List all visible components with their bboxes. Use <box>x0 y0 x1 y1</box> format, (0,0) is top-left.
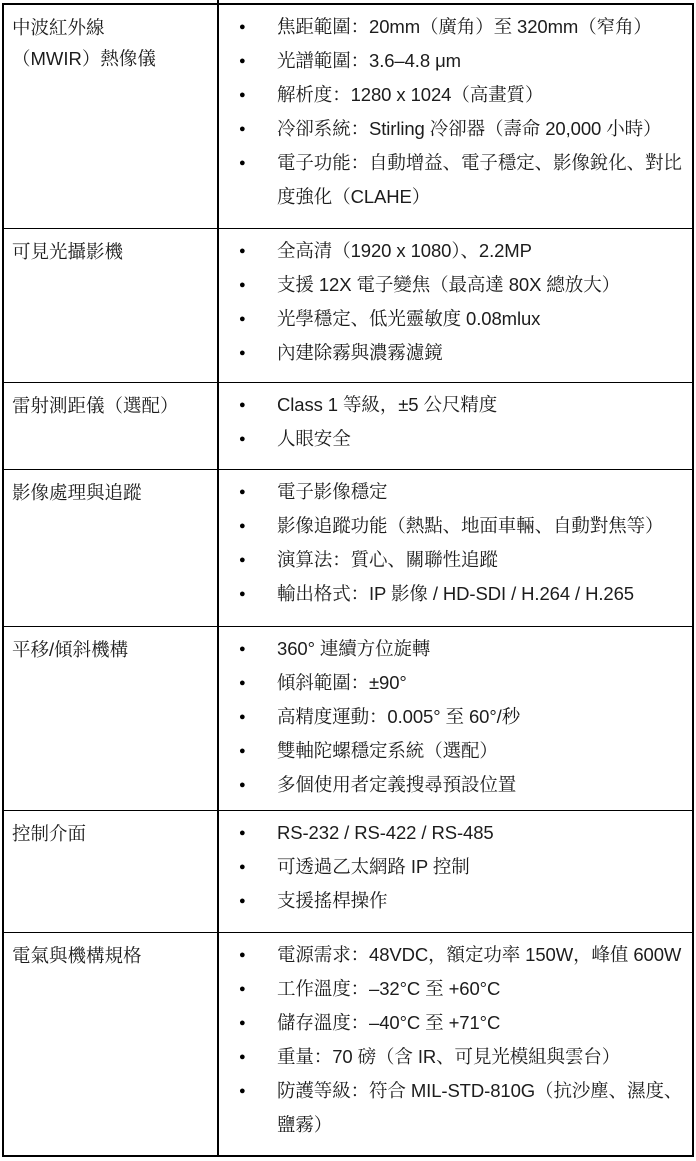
bullet-icon: ● <box>239 938 277 972</box>
spec-item-text: 支援搖桿操作 <box>277 884 688 918</box>
spec-category: 控制介面 <box>4 811 219 932</box>
bullet-icon: ● <box>239 632 277 666</box>
spec-item-text: 傾斜範圍：±90° <box>277 666 688 700</box>
spec-item-text: 電源需求：48VDC，額定功率 150W，峰值 600W <box>277 938 688 972</box>
spec-category: 平移/傾斜機構 <box>4 627 219 810</box>
spec-item: ●RS-232 / RS-422 / RS-485 <box>239 816 688 850</box>
spec-row: 控制介面●RS-232 / RS-422 / RS-485●可透過乙太網路 IP… <box>4 811 692 933</box>
spec-item: ●影像追蹤功能（熱點、地面車輛、自動對焦等） <box>239 509 688 543</box>
bullet-icon: ● <box>239 1040 277 1074</box>
spec-items: ●電源需求：48VDC，額定功率 150W，峰值 600W●工作溫度：–32°C… <box>219 933 692 1155</box>
spec-item: ●工作溫度：–32°C 至 +60°C <box>239 972 688 1006</box>
spec-item-text: RS-232 / RS-422 / RS-485 <box>277 816 688 850</box>
spec-item: ●雙軸陀螺穩定系統（選配） <box>239 734 688 768</box>
spec-item-text: 輸出格式：IP 影像 / HD-SDI / H.264 / H.265 <box>277 577 688 611</box>
bullet-icon: ● <box>239 146 277 180</box>
bullet-icon: ● <box>239 336 277 370</box>
spec-item-text: 光學穩定、低光靈敏度 0.08mlux <box>277 302 688 336</box>
spec-item-text: 演算法：質心、關聯性追蹤 <box>277 543 688 577</box>
bullet-icon: ● <box>239 1006 277 1040</box>
spec-items: ●Class 1 等級，±5 公尺精度●人眼安全 <box>219 383 692 469</box>
spec-items: ●焦距範圍：20mm（廣角）至 320mm（窄角）●光譜範圍：3.6–4.8 μ… <box>219 5 692 228</box>
bullet-icon: ● <box>239 388 277 422</box>
spec-item-text: 光譜範圍：3.6–4.8 μm <box>277 44 688 78</box>
spec-item: ●光學穩定、低光靈敏度 0.08mlux <box>239 302 688 336</box>
spec-item: ●冷卻系統：Stirling 冷卻器（壽命 20,000 小時） <box>239 112 688 146</box>
spec-row: 中波紅外線 （MWIR）熱像儀●焦距範圍：20mm（廣角）至 320mm（窄角）… <box>4 5 692 229</box>
bullet-icon: ● <box>239 10 277 44</box>
spec-items: ●全高清（1920 x 1080）、2.2MP●支援 12X 電子變焦（最高達 … <box>219 229 692 382</box>
spec-item-text: 全高清（1920 x 1080）、2.2MP <box>277 234 688 268</box>
spec-category: 可見光攝影機 <box>4 229 219 382</box>
spec-item: ●360° 連續方位旋轉 <box>239 632 688 666</box>
spec-item-text: Class 1 等級，±5 公尺精度 <box>277 388 688 422</box>
spec-item-text: 支援 12X 電子變焦（最高達 80X 總放大） <box>277 268 688 302</box>
spec-item-text: 人眼安全 <box>277 422 688 456</box>
spec-item-text: 影像追蹤功能（熱點、地面車輛、自動對焦等） <box>277 509 688 543</box>
spec-item-text: 電子功能：自動增益、電子穩定、影像銳化、對比 度強化（CLAHE） <box>277 146 688 214</box>
spec-item: ●內建除霧與濃霧濾鏡 <box>239 336 688 370</box>
bullet-icon: ● <box>239 234 277 268</box>
specification-table: 中波紅外線 （MWIR）熱像儀●焦距範圍：20mm（廣角）至 320mm（窄角）… <box>2 3 694 1157</box>
spec-row: 可見光攝影機●全高清（1920 x 1080）、2.2MP●支援 12X 電子變… <box>4 229 692 383</box>
spec-item-text: 多個使用者定義搜尋預設位置 <box>277 768 688 802</box>
spec-item: ●高精度運動：0.005° 至 60°/秒 <box>239 700 688 734</box>
spec-item: ●多個使用者定義搜尋預設位置 <box>239 768 688 802</box>
bullet-icon: ● <box>239 884 277 918</box>
spec-row: 平移/傾斜機構●360° 連續方位旋轉●傾斜範圍：±90°●高精度運動：0.00… <box>4 627 692 811</box>
spec-item-text: 焦距範圍：20mm（廣角）至 320mm（窄角） <box>277 10 688 44</box>
spec-item-text: 重量：70 磅（含 IR、可見光模組與雲台） <box>277 1040 688 1074</box>
bullet-icon: ● <box>239 302 277 336</box>
spec-item-text: 解析度：1280 x 1024（高畫質） <box>277 78 688 112</box>
bullet-icon: ● <box>239 816 277 850</box>
bullet-icon: ● <box>239 577 277 611</box>
spec-item-text: 內建除霧與濃霧濾鏡 <box>277 336 688 370</box>
spec-item: ●演算法：質心、關聯性追蹤 <box>239 543 688 577</box>
bullet-icon: ● <box>239 666 277 700</box>
bullet-icon: ● <box>239 44 277 78</box>
spec-row: 雷射測距儀（選配）●Class 1 等級，±5 公尺精度●人眼安全 <box>4 383 692 470</box>
bullet-icon: ● <box>239 268 277 302</box>
spec-item-text: 可透過乙太網路 IP 控制 <box>277 850 688 884</box>
spec-item-text: 高精度運動：0.005° 至 60°/秒 <box>277 700 688 734</box>
spec-document-page: 中波紅外線 （MWIR）熱像儀●焦距範圍：20mm（廣角）至 320mm（窄角）… <box>0 0 696 1161</box>
spec-category: 雷射測距儀（選配） <box>4 383 219 469</box>
bullet-icon: ● <box>239 475 277 509</box>
spec-item: ●人眼安全 <box>239 422 688 456</box>
spec-item-text: 電子影像穩定 <box>277 475 688 509</box>
bullet-icon: ● <box>239 422 277 456</box>
spec-category: 電氣與機構規格 <box>4 933 219 1155</box>
bullet-icon: ● <box>239 112 277 146</box>
bullet-icon: ● <box>239 734 277 768</box>
spec-item: ●解析度：1280 x 1024（高畫質） <box>239 78 688 112</box>
bullet-icon: ● <box>239 543 277 577</box>
spec-item: ●重量：70 磅（含 IR、可見光模組與雲台） <box>239 1040 688 1074</box>
bullet-icon: ● <box>239 1074 277 1108</box>
bullet-icon: ● <box>239 700 277 734</box>
bullet-icon: ● <box>239 768 277 802</box>
bullet-icon: ● <box>239 509 277 543</box>
spec-item: ●防護等級：符合 MIL-STD-810G（抗沙塵、濕度、 鹽霧） <box>239 1074 688 1142</box>
spec-item: ●Class 1 等級，±5 公尺精度 <box>239 388 688 422</box>
spec-category: 影像處理與追蹤 <box>4 470 219 626</box>
spec-item: ●支援 12X 電子變焦（最高達 80X 總放大） <box>239 268 688 302</box>
spec-item: ●可透過乙太網路 IP 控制 <box>239 850 688 884</box>
spec-item: ●全高清（1920 x 1080）、2.2MP <box>239 234 688 268</box>
spec-item: ●輸出格式：IP 影像 / HD-SDI / H.264 / H.265 <box>239 577 688 611</box>
spec-items: ●電子影像穩定●影像追蹤功能（熱點、地面車輛、自動對焦等）●演算法：質心、關聯性… <box>219 470 692 626</box>
spec-item-text: 防護等級：符合 MIL-STD-810G（抗沙塵、濕度、 鹽霧） <box>277 1074 688 1142</box>
spec-item: ●電源需求：48VDC，額定功率 150W，峰值 600W <box>239 938 688 972</box>
spec-row: 影像處理與追蹤●電子影像穩定●影像追蹤功能（熱點、地面車輛、自動對焦等）●演算法… <box>4 470 692 627</box>
spec-item: ●支援搖桿操作 <box>239 884 688 918</box>
spec-item-text: 工作溫度：–32°C 至 +60°C <box>277 972 688 1006</box>
spec-item: ●焦距範圍：20mm（廣角）至 320mm（窄角） <box>239 10 688 44</box>
spec-item: ●電子影像穩定 <box>239 475 688 509</box>
spec-items: ●360° 連續方位旋轉●傾斜範圍：±90°●高精度運動：0.005° 至 60… <box>219 627 692 810</box>
spec-items: ●RS-232 / RS-422 / RS-485●可透過乙太網路 IP 控制●… <box>219 811 692 932</box>
spec-item-text: 儲存溫度：–40°C 至 +71°C <box>277 1006 688 1040</box>
bullet-icon: ● <box>239 850 277 884</box>
spec-item: ●傾斜範圍：±90° <box>239 666 688 700</box>
spec-item: ●儲存溫度：–40°C 至 +71°C <box>239 1006 688 1040</box>
bullet-icon: ● <box>239 78 277 112</box>
spec-category: 中波紅外線 （MWIR）熱像儀 <box>4 5 219 228</box>
spec-row: 電氣與機構規格●電源需求：48VDC，額定功率 150W，峰值 600W●工作溫… <box>4 933 692 1155</box>
spec-item: ●光譜範圍：3.6–4.8 μm <box>239 44 688 78</box>
spec-item-text: 雙軸陀螺穩定系統（選配） <box>277 734 688 768</box>
spec-item: ●電子功能：自動增益、電子穩定、影像銳化、對比 度強化（CLAHE） <box>239 146 688 214</box>
spec-item-text: 冷卻系統：Stirling 冷卻器（壽命 20,000 小時） <box>277 112 688 146</box>
bullet-icon: ● <box>239 972 277 1006</box>
spec-item-text: 360° 連續方位旋轉 <box>277 632 688 666</box>
